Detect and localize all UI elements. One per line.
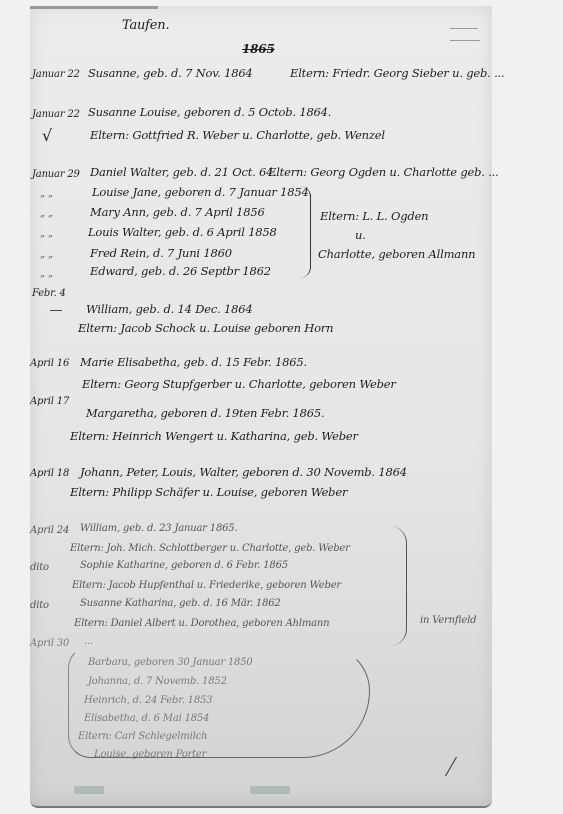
ink-oval — [68, 646, 370, 758]
corner-mark — [450, 40, 480, 41]
entry-parents: Eltern: Philipp Schäfer u. Louise, gebor… — [70, 485, 347, 499]
entry-date: April 24 — [30, 525, 69, 536]
entry-child: Louise Jane, geboren d. 7 Januar 1854. — [92, 185, 312, 199]
entry-child: Johann, Peter, Louis, Walter, geboren d.… — [80, 465, 407, 479]
entry-date: April 30 — [30, 638, 69, 649]
entry-child: William, geb. d. 14 Dec. 1864 — [86, 302, 252, 316]
entry-date: Januar 22 — [32, 69, 80, 80]
entry-child: Susanne Katharina, geb. d. 16 Mär. 1862 — [80, 598, 281, 609]
corner-scratch — [445, 757, 457, 777]
entry-place: in Vernfield — [420, 615, 476, 626]
entry-parents: Eltern: Joh. Mich. Schlottberger u. Char… — [70, 543, 350, 554]
ditto-mark: „ „ — [40, 249, 53, 260]
entry-parents: Eltern: Georg Stupfgerber u. Charlotte, … — [82, 377, 396, 391]
entry-child: Margaretha, geboren d. 19ten Febr. 1865. — [86, 406, 324, 420]
entry-date: Januar 22 — [32, 109, 80, 120]
entry-date: April 17 — [30, 396, 69, 407]
check-mark: √ — [42, 126, 52, 145]
dash — [50, 310, 62, 311]
entry-child: Louis Walter, geb. d. 6 April 1858 — [88, 225, 277, 239]
bracket — [390, 526, 407, 646]
entry-child: Marie Elisabetha, geb. d. 15 Febr. 1865. — [80, 355, 307, 369]
ditto-mark: „ „ — [40, 188, 53, 199]
bracket — [300, 186, 311, 278]
ditto-mark: „ „ — [40, 208, 53, 219]
entry-date: dito — [30, 562, 49, 573]
entry-child: Susanne Louise, geboren d. 5 Octob. 1864… — [88, 105, 331, 119]
bracket-note: Charlotte, geboren Allmann — [318, 247, 475, 261]
entry-child: Susanne, geb. d. 7 Nov. 1864 — [88, 66, 253, 80]
entry-child: Fred Rein, d. 7 Juni 1860 — [90, 246, 232, 260]
stain — [74, 786, 104, 794]
scan-edge — [30, 6, 158, 9]
entry-date: Januar 29 — [32, 169, 80, 180]
entry-child: Mary Ann, geb. d. 7 April 1856 — [90, 205, 265, 219]
stain — [250, 786, 290, 794]
entry-parents: Eltern: Heinrich Wengert u. Katharina, g… — [70, 429, 358, 443]
register-page: Taufen. 1865 Januar 22 Susanne, geb. d. … — [30, 6, 492, 808]
entry-parents: Eltern: Friedr. Georg Sieber u. geb. ... — [290, 66, 504, 80]
entry-child: Sophie Katharine, geboren d. 6 Febr. 186… — [80, 560, 288, 571]
ditto-mark: „ „ — [40, 268, 53, 279]
entry-date: April 16 — [30, 358, 69, 369]
entry-child: Daniel Walter, geb. d. 21 Oct. 64. — [90, 165, 277, 179]
entry-date: April 18 — [30, 468, 69, 479]
ditto-mark: „ „ — [40, 228, 53, 239]
entry-date: dito — [30, 600, 49, 611]
header-taufen: Taufen. — [122, 18, 169, 33]
header-year: 1865 — [242, 42, 275, 56]
entry-parents: Eltern: Jacob Hupfenthal u. Friederike, … — [72, 580, 341, 591]
entry-child: William, geb. d. 23 Januar 1865. — [80, 523, 237, 534]
entry-parents: Eltern: Georg Ogden u. Charlotte geb. ..… — [268, 165, 499, 179]
entry-parents: Eltern: Gottfried R. Weber u. Charlotte,… — [90, 128, 385, 142]
bracket-note: u. — [355, 228, 366, 242]
entry-child: Edward, geb. d. 26 Septbr 1862 — [90, 264, 271, 278]
entry-date: Febr. 4 — [32, 288, 66, 299]
entry-parents: Eltern: Daniel Albert u. Dorothea, gebor… — [74, 618, 329, 629]
entry-parents: Eltern: Jacob Schock u. Louise geboren H… — [78, 321, 333, 335]
corner-mark — [450, 28, 478, 29]
bracket-note: Eltern: L. L. Ogden — [320, 209, 428, 223]
